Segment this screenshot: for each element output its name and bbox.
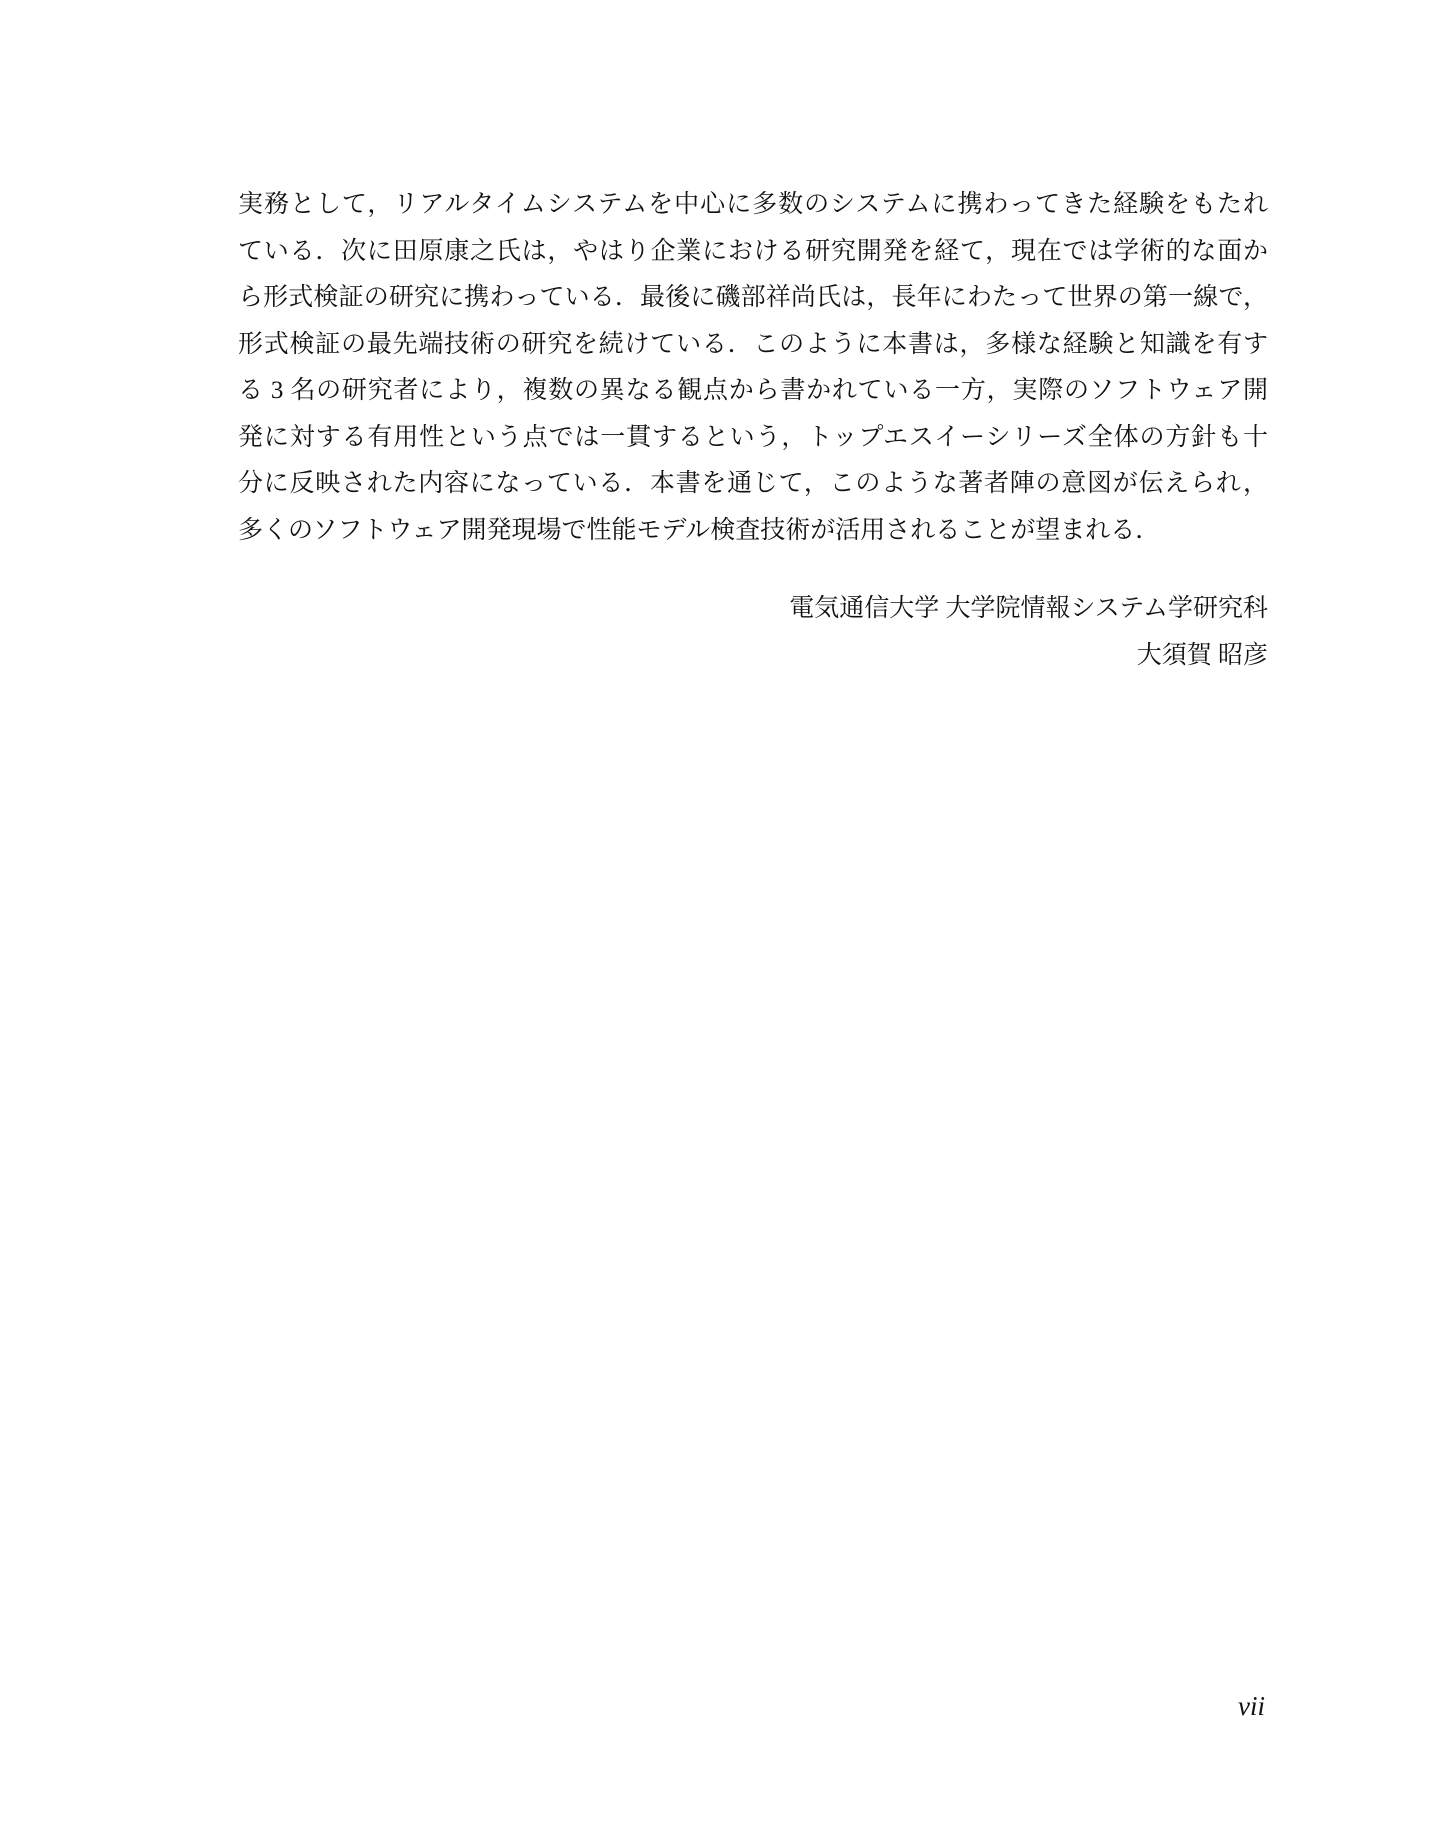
text-line: ている．次に田原康之氏は，やはり企業における研究開発を経て，現在では学術的な面か bbox=[238, 229, 1268, 276]
text-line: 分に反映された内容になっている．本書を通じて，このような著者陣の意図が伝えられ， bbox=[238, 461, 1268, 508]
signature-name: 大須賀 昭彦 bbox=[789, 632, 1268, 679]
text-line: ら形式検証の研究に携わっている．最後に磯部祥尚氏は，長年にわたって世界の第一線で… bbox=[238, 275, 1268, 322]
text-line: 発に対する有用性という点では一貫するという，トップエスイーシリーズ全体の方針も十 bbox=[238, 415, 1268, 462]
text-line: 形式検証の最先端技術の研究を続けている．このように本書は，多様な経験と知識を有す bbox=[238, 322, 1268, 369]
text-line: る 3 名の研究者により，複数の異なる観点から書かれている一方，実際のソフトウェ… bbox=[238, 368, 1268, 415]
signature-block: 電気通信大学 大学院情報システム学研究科 大須賀 昭彦 bbox=[789, 585, 1268, 679]
book-page: 実務として，リアルタイムシステムを中心に多数のシステムに携わってきた経験をもたれ… bbox=[0, 0, 1433, 1827]
body-paragraph: 実務として，リアルタイムシステムを中心に多数のシステムに携わってきた経験をもたれ… bbox=[238, 182, 1268, 554]
text-line: 多くのソフトウェア開発現場で性能モデル検査技術が活用されることが望まれる． bbox=[238, 508, 1268, 555]
signature-affiliation: 電気通信大学 大学院情報システム学研究科 bbox=[789, 585, 1268, 632]
page-number: vii bbox=[1238, 1690, 1265, 1722]
text-line: 実務として，リアルタイムシステムを中心に多数のシステムに携わってきた経験をもたれ bbox=[238, 182, 1268, 229]
